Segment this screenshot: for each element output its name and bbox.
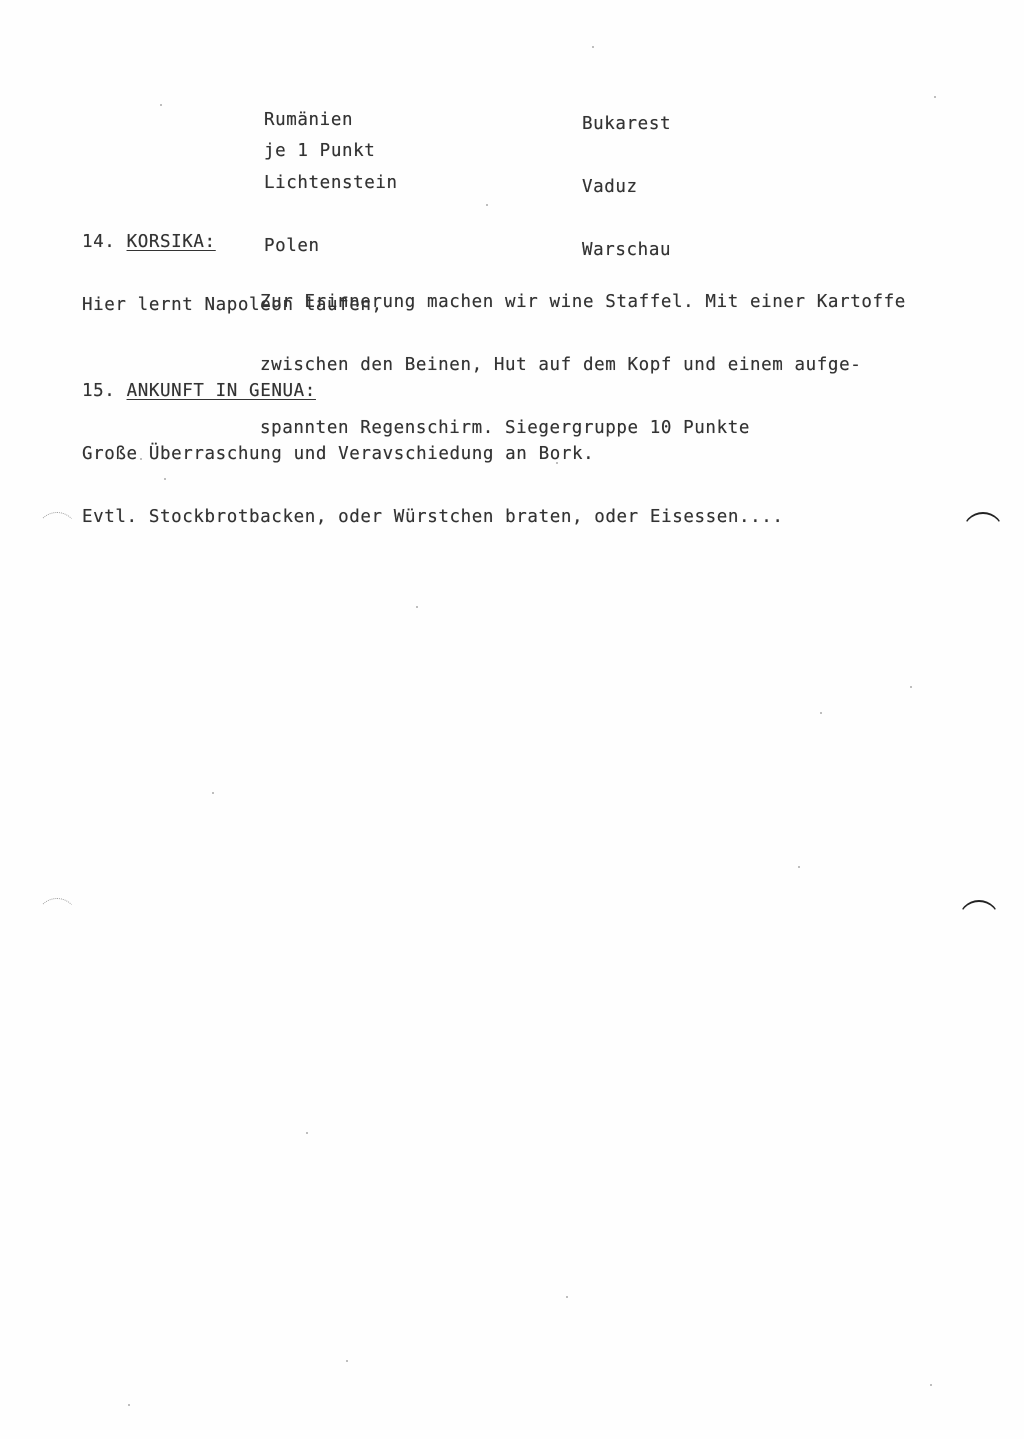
scan-speck: [798, 866, 800, 868]
capital-name: Vaduz: [582, 177, 671, 198]
scan-speck: [556, 462, 558, 464]
section-number: 15.: [82, 381, 115, 401]
scan-speck: [128, 1404, 130, 1406]
section-15: 15. ANKUNFT IN GENUA: Große Überraschung…: [82, 339, 784, 570]
country-name: Rumänien: [264, 110, 398, 131]
punch-hole-mark: [962, 512, 1004, 555]
capital-name: Bukarest: [582, 114, 671, 135]
punch-hole-mark: [36, 512, 78, 554]
scan-speck: [486, 204, 488, 206]
scan-speck: [416, 606, 418, 608]
punch-hole-mark: [36, 898, 78, 940]
scan-speck: [212, 792, 214, 794]
section-title: KORSIKA:: [127, 232, 216, 252]
section-heading: 15. ANKUNFT IN GENUA:: [82, 381, 784, 402]
scan-speck: [346, 1360, 348, 1362]
scan-speck: [306, 1132, 308, 1134]
section-number: 14.: [82, 232, 115, 252]
scan-speck: [820, 712, 822, 714]
body-line: Zur Erinnerung machen wir wine Staffel. …: [260, 292, 906, 313]
scan-speck: [140, 458, 142, 460]
body-line: Evtl. Stockbrotbacken, oder Würstchen br…: [82, 507, 784, 528]
body-line: Große Überraschung und Veravschiedung an…: [82, 444, 784, 465]
scan-speck: [934, 96, 936, 98]
scanned-document-page: Rumänien Lichtenstein Polen Bukarest Vad…: [0, 0, 1024, 1439]
scan-speck: [160, 104, 162, 106]
points-note: je 1 Punkt: [264, 141, 375, 162]
scan-speck: [910, 686, 912, 688]
scan-speck: [592, 46, 594, 48]
punch-hole-mark: [958, 900, 1000, 943]
scan-speck: [164, 478, 166, 480]
scan-speck: [566, 1296, 568, 1298]
section-title: ANKUNFT IN GENUA:: [127, 381, 316, 401]
scan-speck: [930, 1384, 932, 1386]
